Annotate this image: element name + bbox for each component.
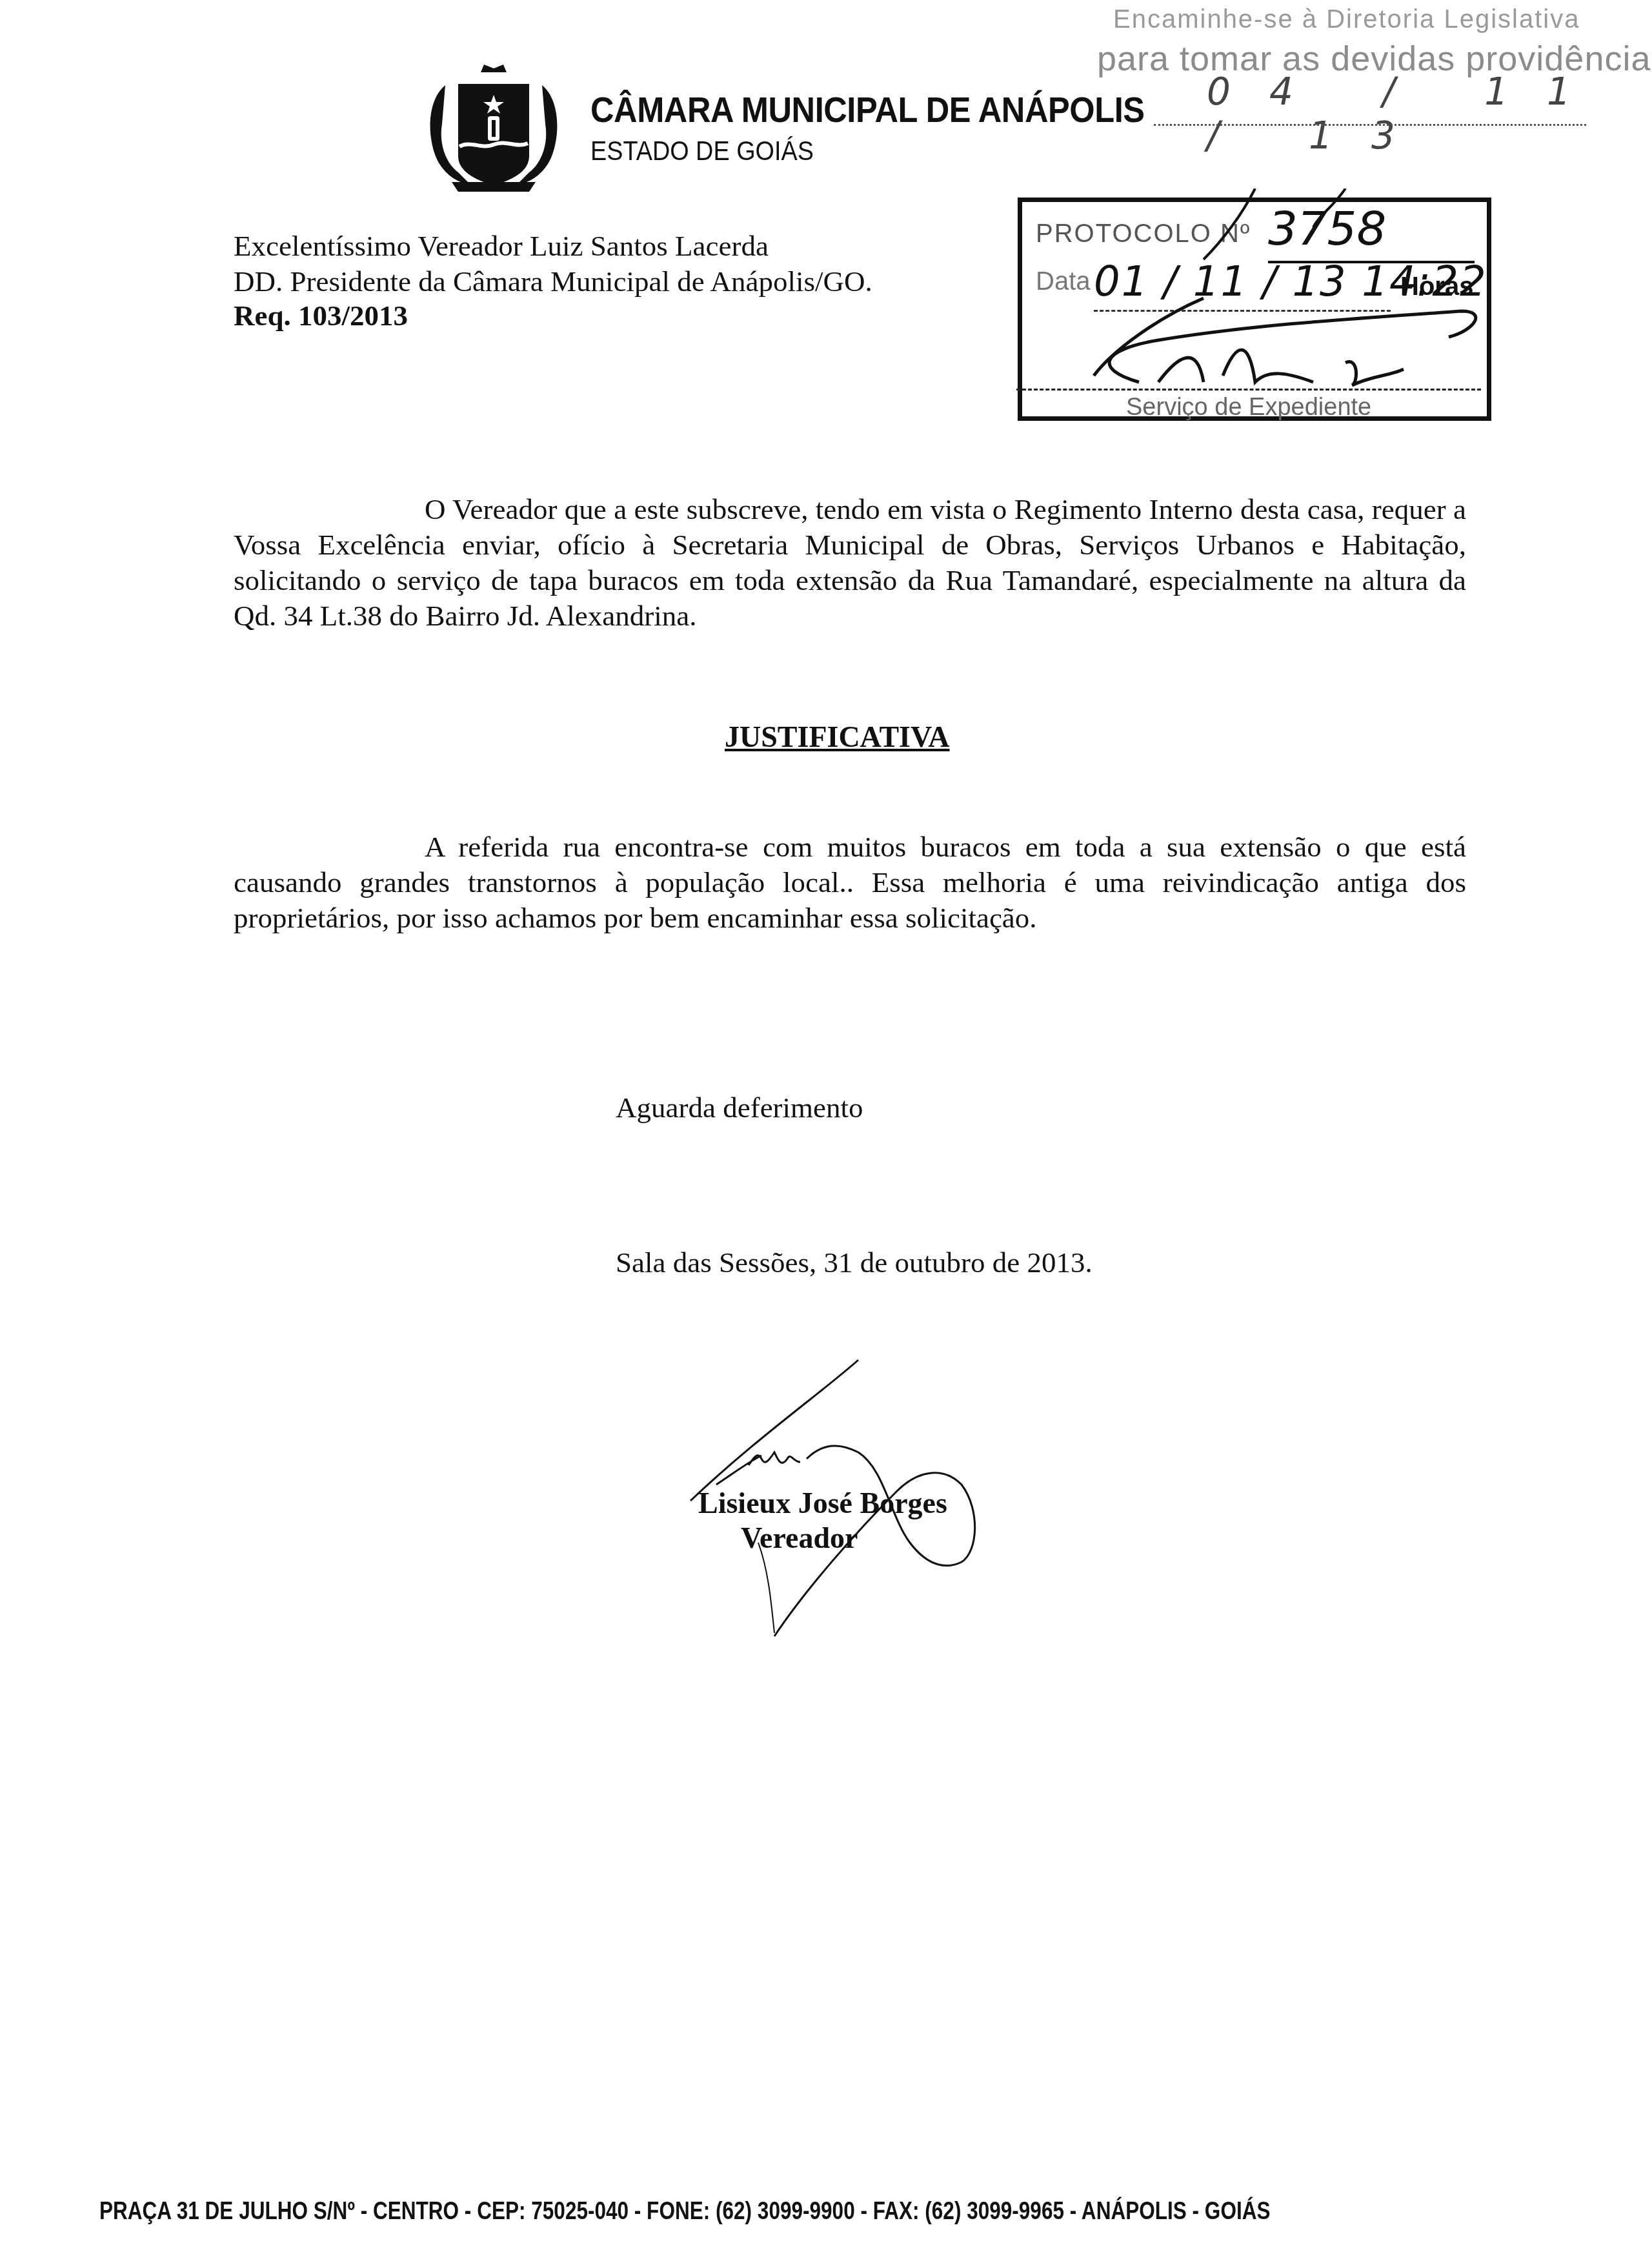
addressee-name: Excelentíssimo Vereador Luiz Santos Lace… bbox=[234, 229, 769, 263]
request-paragraph: O Vereador que a este subscreve, tendo e… bbox=[234, 492, 1466, 634]
closing-phrase: Aguarda deferimento bbox=[616, 1091, 863, 1124]
signer-name: Lisieux José Borges bbox=[698, 1486, 947, 1520]
institution-title: CÂMARA MUNICIPAL DE ANÁPOLIS bbox=[590, 89, 1145, 130]
justification-heading: JUSTIFICATIVA bbox=[725, 720, 950, 754]
handwritten-forwarding-date: 04 / 11 / 13 bbox=[1207, 70, 1652, 157]
justification-paragraph: A referida rua encontra-se com muitos bu… bbox=[234, 829, 1466, 936]
signer-role: Vereador bbox=[741, 1521, 858, 1555]
municipal-coat-of-arms-icon bbox=[419, 59, 568, 195]
place-and-date: Sala das Sessões, 31 de outubro de 2013. bbox=[616, 1246, 1093, 1279]
header-dotted-rule bbox=[1154, 124, 1586, 126]
clerk-signature-icon bbox=[1010, 188, 1500, 431]
footer-address: PRAÇA 31 DE JULHO S/Nº - CENTRO - CEP: 7… bbox=[99, 2198, 1270, 2226]
forwarding-stamp-line1: Encaminhe-se à Diretoria Legislativa bbox=[1113, 5, 1580, 34]
protocol-stamp: PROTOCOLO Nº 3758 Data 01 / 11 / 13 14:2… bbox=[1010, 188, 1500, 431]
request-reference: Req. 103/2013 bbox=[234, 299, 408, 332]
request-text: O Vereador que a este subscreve, tendo e… bbox=[234, 493, 1466, 632]
institution-subtitle: ESTADO DE GOIÁS bbox=[590, 136, 814, 167]
addressee-title: DD. Presidente da Câmara Municipal de An… bbox=[234, 265, 872, 298]
justification-text: A referida rua encontra-se com muitos bu… bbox=[234, 831, 1466, 934]
